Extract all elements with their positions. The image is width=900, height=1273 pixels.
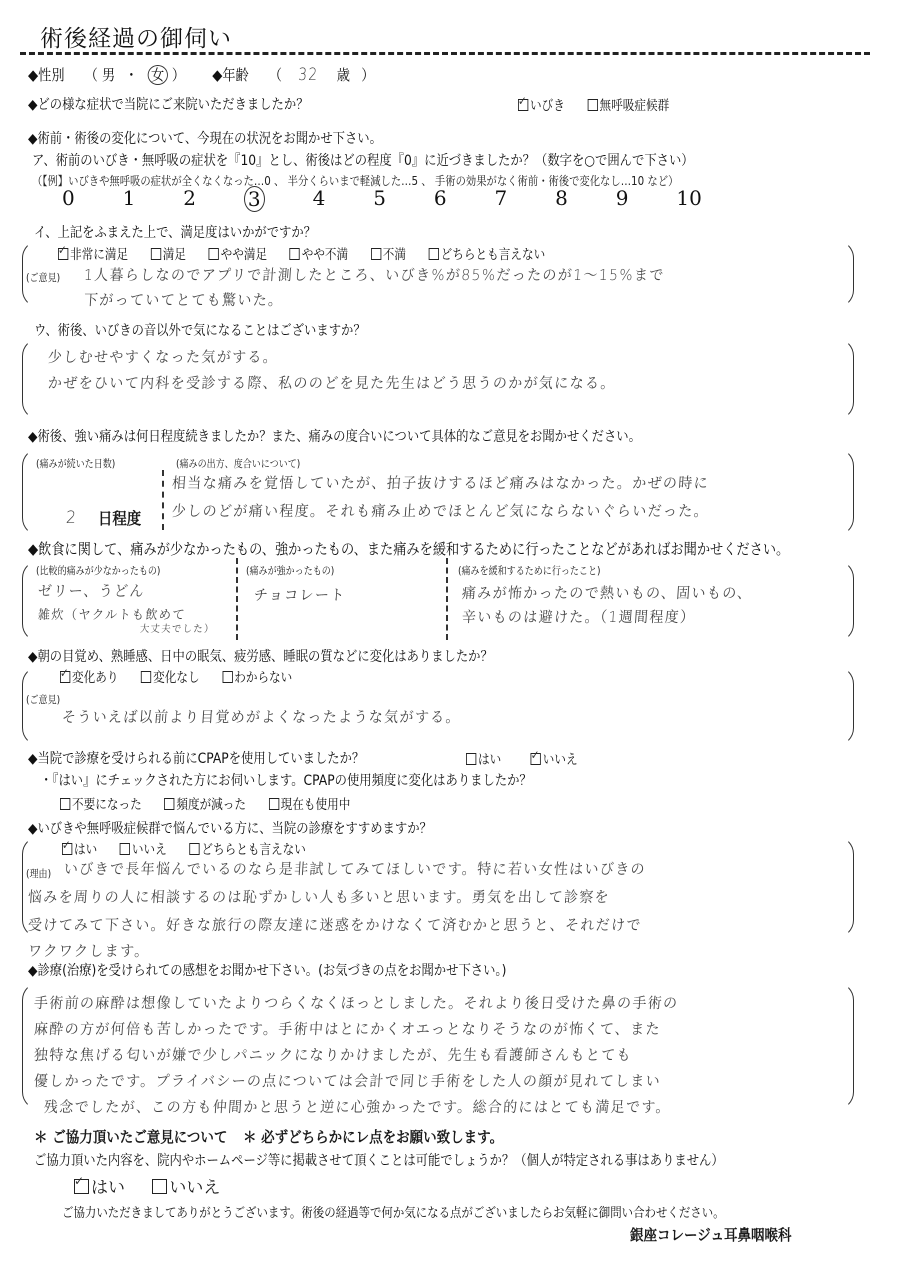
checkbox-icon[interactable]	[120, 843, 130, 855]
sleep-opinion-line-1[interactable]: そういえば以前より目覚めがよくなったような気がする。	[61, 706, 461, 727]
recommend-question: ◆いびきや無呼吸症候群で悩んでいる方に、当院の診療をすすめますか？	[28, 818, 432, 838]
impression-question: ◆診療(治療)を受けられての感想をお聞かせ下さい。(お気づきの点をお聞かせ下さい…	[28, 960, 506, 980]
satisfaction-opinion-line-2[interactable]: 下がっていてとても驚いた。	[83, 289, 284, 310]
pain-detail-line-2[interactable]: 少しのどが痛い程度。それも痛み止めでほとんど気にならないぐらいだった。	[171, 500, 709, 521]
symptom-option-apnea[interactable]: 無呼吸症候群	[587, 94, 669, 114]
satisfaction-somewhat-satisfied[interactable]: やや満足	[209, 243, 267, 263]
food-question: ◆飲食に関して、痛みが少なかったもの、強かったもの、また痛みを緩和するために行っ…	[28, 538, 789, 559]
cpap-less-frequent[interactable]: 頻度が減った	[164, 793, 246, 813]
checkbox-icon[interactable]	[269, 798, 279, 810]
satisfaction-satisfied[interactable]: 満足	[151, 243, 186, 263]
pain-question: ◆術後、強い痛みは何日程度続きましたか？また、痛みの度合いについて具体的なご意見…	[28, 426, 641, 446]
satisfaction-opinion-line-1[interactable]: 1人暮らしなのでアプリで計測したところ、いびき%が85%だったのが1〜15%まで	[83, 264, 665, 285]
checkbox-icon[interactable]	[141, 671, 151, 683]
recommend-reason-line-1[interactable]: いびきで長年悩んでいるのなら是非試してみてほしいです。特に若い女性はいびきの	[63, 858, 646, 879]
age-label: ◆年齢	[212, 66, 249, 84]
scale-option-8[interactable]: 8	[555, 186, 568, 212]
recommend-no[interactable]: いいえ	[120, 838, 167, 858]
checkbox-checked-icon[interactable]	[531, 753, 541, 765]
checkbox-icon[interactable]	[151, 248, 161, 260]
thanks-note: ご協力いただきましてありがとうございます。術後の経過等で何か気になる点がございま…	[62, 1202, 725, 1221]
checkbox-checked-icon[interactable]	[58, 248, 68, 260]
scale-option-10[interactable]: 10	[676, 186, 701, 212]
food-relief-line-2[interactable]: 辛いものは避けた。（1週間程度）	[461, 606, 696, 627]
cpap-followup-options: 不要になった 頻度が減った 現在も使用中	[60, 793, 369, 813]
impression-line-4[interactable]: 優しかったです。プライバシーの点については会計で同じ手術をした人の顔が見れてしま…	[33, 1070, 661, 1091]
consent-heading-right: ＊ 必ずどちらかにレ点をお願い致します。	[243, 1128, 503, 1146]
cpap-no[interactable]: いいえ	[531, 748, 578, 768]
consent-no[interactable]: いいえ	[152, 1173, 220, 1198]
change-heading: ◆術前・術後の変化について、今現在の状況をお聞かせ下さい。	[28, 128, 382, 148]
recommend-reason-line-3[interactable]: 受けてみて下さい。好きな旅行の際友達に迷惑をかけなくて済むかと思うと、それだけで	[27, 914, 642, 935]
symptom-option-snoring[interactable]: いびき	[518, 94, 565, 114]
food-column-divider-2	[446, 558, 448, 640]
sleep-unknown[interactable]: わからない	[222, 666, 292, 686]
checkbox-icon[interactable]	[189, 843, 199, 855]
checkbox-icon[interactable]	[222, 671, 232, 683]
scale-option-4[interactable]: 4	[313, 186, 326, 212]
food-column-divider-1	[236, 558, 238, 640]
checkbox-icon[interactable]	[60, 798, 70, 810]
consent-question: ご協力頂いた内容を、院内やホームページ等に掲載させて頂くことは可能でしょうか？（…	[34, 1150, 724, 1170]
satisfaction-very-satisfied[interactable]: 非常に満足	[58, 243, 128, 263]
other-concerns-line-2[interactable]: かぜをひいて内科を受診する際、私ののどを見た先生はどう思うのかが気になる。	[47, 372, 616, 393]
cpap-no-longer-needed[interactable]: 不要になった	[60, 793, 142, 813]
recommend-reason-line-2[interactable]: 悩みを周りの人に相談するのは恥ずかしい人も多いと思います。勇気を出して診察を	[27, 886, 610, 907]
pain-days-label: (痛みが続いた日数)	[36, 456, 115, 471]
pain-detail-line-1[interactable]: 相当な痛みを覚悟していたが、拍子抜けするほど痛みはなかった。かぜの時に	[171, 472, 709, 493]
impression-line-2[interactable]: 麻酔の方が何倍も苦しかったです。手術中はとにかくオエっとなりそうなのが怖くて、ま…	[33, 1018, 661, 1039]
recommend-options: はい いいえ どちらとも言えない	[62, 838, 325, 858]
other-concerns-line-1[interactable]: 少しむせやすくなった気がする。	[47, 346, 279, 367]
checkbox-icon[interactable]	[587, 99, 597, 111]
impression-line-1[interactable]: 手術前の麻酔は想像していたよりつらくなくほっとしました。それより後日受けた鼻の手…	[33, 992, 679, 1013]
cpap-question: ◆当院で診療を受けられる前にCPAPを使用していましたか？	[28, 748, 364, 768]
checkbox-checked-icon[interactable]	[60, 671, 70, 683]
checkbox-icon[interactable]	[164, 798, 174, 810]
scale-option-1[interactable]: 1	[123, 186, 136, 212]
sleep-unchanged[interactable]: 変化なし	[141, 666, 199, 686]
checkbox-icon[interactable]	[466, 753, 476, 765]
impression-line-5[interactable]: 残念でしたが、この方も仲間かと思うと逆に心強かったです。総合的にはとても満足です…	[43, 1096, 671, 1117]
opinion-label: (ご意見)	[26, 270, 60, 285]
checkbox-icon[interactable]	[371, 248, 381, 260]
scale-option-5[interactable]: 5	[373, 186, 386, 212]
checkbox-checked-icon[interactable]	[518, 99, 528, 111]
form-title: 術後経過の御伺い	[40, 20, 232, 53]
consent-yes[interactable]: はい	[74, 1173, 125, 1198]
scale-option-3-selected[interactable]: 3	[244, 186, 265, 212]
food-less-line-3[interactable]: 大丈夫でした）	[140, 620, 216, 635]
food-relief-label: (痛みを緩和するために行ったこと)	[458, 563, 601, 578]
recommend-reason-line-4[interactable]: ワクワクします。	[27, 940, 150, 961]
scale-option-6[interactable]: 6	[434, 186, 447, 212]
consent-heading-left: ＊ ご協力頂いたご意見について	[34, 1128, 227, 1146]
recommend-reason-label: (理由)	[26, 866, 51, 881]
sleep-options: 変化あり 変化なし わからない	[60, 666, 311, 686]
checkbox-icon[interactable]	[152, 1179, 167, 1194]
food-less-label: (比較的痛みが少なかったもの)	[36, 563, 160, 578]
cpap-options: はい いいえ	[466, 748, 597, 768]
checkbox-icon[interactable]	[429, 248, 439, 260]
checkbox-icon[interactable]	[209, 248, 219, 260]
impression-line-3[interactable]: 独特な焦げる匂いが嫌で少しパニックになりかけましたが、先生も看護師さんもとても	[33, 1044, 632, 1065]
recommend-yes[interactable]: はい	[62, 838, 97, 858]
scale-option-9[interactable]: 9	[616, 186, 629, 212]
pain-days-unit: 日程度	[98, 506, 141, 529]
gender-option-male[interactable]: 男	[102, 66, 115, 84]
improvement-scale: 0 1 2 3 4 5 6 7 8 9 10	[62, 186, 702, 212]
symptom-options: いびき 無呼吸症候群	[518, 94, 688, 114]
pain-days-value[interactable]: 2	[65, 508, 78, 528]
sleep-opinion-label: (ご意見)	[26, 692, 60, 707]
cpap-still-using[interactable]: 現在も使用中	[269, 793, 351, 813]
other-concerns-question: ウ、術後、いびきの音以外で気になることはございますか？	[34, 320, 366, 340]
gender-option-female[interactable]: 女	[147, 65, 167, 85]
age-value[interactable]: 32	[298, 65, 319, 85]
food-relief-line-1[interactable]: 痛みが怖かったので熱いもの、固いもの、	[461, 582, 753, 603]
scale-option-2[interactable]: 2	[183, 186, 196, 212]
symptom-question: ◆どの様な症状で当院にご来院いただきましたか？	[28, 94, 309, 114]
checkbox-checked-icon[interactable]	[62, 843, 72, 855]
sleep-question: ◆朝の目覚め、熟睡感、日中の眠気、疲労感、睡眠の質などに変化はありましたか？	[28, 646, 493, 666]
gender-label: ◆性別	[28, 66, 65, 84]
scale-option-0[interactable]: 0	[62, 186, 75, 212]
sleep-changed[interactable]: 変化あり	[60, 666, 118, 686]
food-more-label: (痛みが強かったもの)	[246, 563, 334, 578]
food-less-line-1[interactable]: ゼリー、うどん	[37, 580, 145, 601]
checkbox-icon[interactable]	[290, 248, 300, 260]
recommend-neutral[interactable]: どちらとも言えない	[189, 838, 306, 858]
satisfaction-somewhat-dissatisfied[interactable]: やや不満	[290, 243, 348, 263]
satisfaction-options: 非常に満足 満足 やや満足 やや不満 不満 どちらとも言えない	[58, 243, 564, 263]
gender-age-row: ◆性別 （ 男 ・ 女 ） ◆年齢 （ 32 歳 ）	[28, 64, 374, 85]
satisfaction-question: イ、上記をふまえた上で、満足度はいかがですか？	[34, 222, 316, 242]
clinic-name: 銀座コレージュ耳鼻咽喉科	[630, 1224, 791, 1245]
cpap-followup-question: ・『はい』にチェックされた方にお伺いします。CPAPの使用頻度に変化はありました…	[40, 770, 532, 790]
consent-heading: ＊ ご協力頂いたご意見について ＊ 必ずどちらかにレ点をお願い致します。	[34, 1126, 503, 1147]
change-question-a: ア、術前のいびき・無呼吸の症状を『10』とし、術後はどの程度『0』に近づきました…	[32, 150, 694, 170]
scale-option-7[interactable]: 7	[494, 186, 507, 212]
satisfaction-neutral[interactable]: どちらとも言えない	[429, 243, 546, 263]
food-more-line-1[interactable]: チョコレート	[253, 584, 346, 605]
cpap-yes[interactable]: はい	[466, 748, 501, 768]
title-divider	[20, 52, 870, 55]
consent-options: はい いいえ	[74, 1173, 242, 1198]
satisfaction-dissatisfied[interactable]: 不満	[371, 243, 406, 263]
pain-detail-label: (痛みの出方、度合いについて)	[176, 456, 300, 471]
checkbox-checked-icon[interactable]	[74, 1179, 89, 1194]
pain-column-divider	[162, 470, 164, 530]
